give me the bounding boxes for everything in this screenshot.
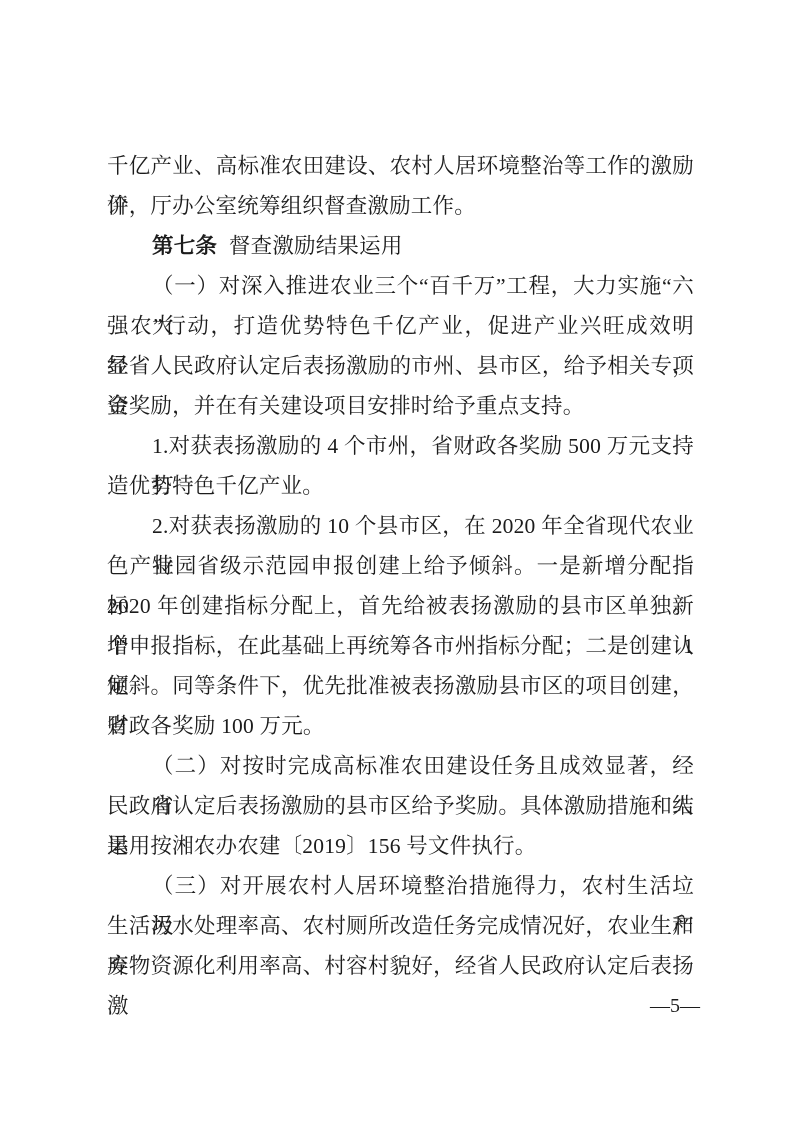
- article-heading: 第七条督查激励结果运用: [107, 226, 694, 266]
- text-line: 弃物资源化利用率高、村容村貌好，经省人民政府认定后表扬激: [107, 946, 694, 986]
- text-line: 财政各奖励 100 万元。: [107, 706, 694, 746]
- text-line: （一）对深入推进农业三个“百千万”工程，大力实施“六大: [107, 266, 694, 306]
- text-line: 价，厅办公室统筹组织督查激励工作。: [107, 186, 694, 226]
- document-page: 千亿产业、高标准农田建设、农村人居环境整治等工作的激励评 价，厅办公室统筹组织督…: [0, 0, 793, 1122]
- document-body: 千亿产业、高标准农田建设、农村人居环境整治等工作的激励评 价，厅办公室统筹组织督…: [107, 146, 694, 986]
- text-line: 1.对获表扬激励的 4 个市州，省财政各奖励 500 万元支持打: [107, 426, 694, 466]
- text-line: 2.对获表扬激励的 10 个县市区，在 2020 年全省现代农业特: [107, 506, 694, 546]
- text-line: 生活污水处理率高、农村厕所改造任务完成情况好，农业生产废: [107, 906, 694, 946]
- text-line: 色产业园省级示范园申报创建上给予倾斜。一是新增分配指标。: [107, 546, 694, 586]
- text-line: 倾斜。同等条件下，优先批准被表扬激励县市区的项目创建，省: [107, 666, 694, 706]
- article-title: 督查激励结果运用: [229, 234, 403, 258]
- text-line: （二）对按时完成高标准农田建设任务且成效显著，经省人: [107, 746, 694, 786]
- text-line: 千亿产业、高标准农田建设、农村人居环境整治等工作的激励评: [107, 146, 694, 186]
- text-line: 2020 年创建指标分配上，首先给被表扬激励的县市区单独新增 1: [107, 586, 694, 626]
- text-line: 造优势特色千亿产业。: [107, 466, 694, 506]
- text-line: 金奖励，并在有关建设项目安排时给予重点支持。: [107, 386, 694, 426]
- page-number: —5—: [640, 991, 710, 1021]
- text-line: 个申报指标，在此基础上再统筹各市州指标分配；二是创建认定: [107, 626, 694, 666]
- article-number: 第七条: [152, 234, 217, 258]
- text-line: 民政府认定后表扬激励的县市区给予奖励。具体激励措施和结果: [107, 786, 694, 826]
- text-line: 强农”行动，打造优势特色千亿产业，促进产业兴旺成效明显，: [107, 306, 694, 346]
- text-line: （三）对开展农村人居环境整治措施得力，农村生活垃圾和: [107, 866, 694, 906]
- text-line: 经省人民政府认定后表扬激励的市州、县市区，给予相关专项资: [107, 346, 694, 386]
- text-line: 运用按湘农办农建〔2019〕156 号文件执行。: [107, 826, 694, 866]
